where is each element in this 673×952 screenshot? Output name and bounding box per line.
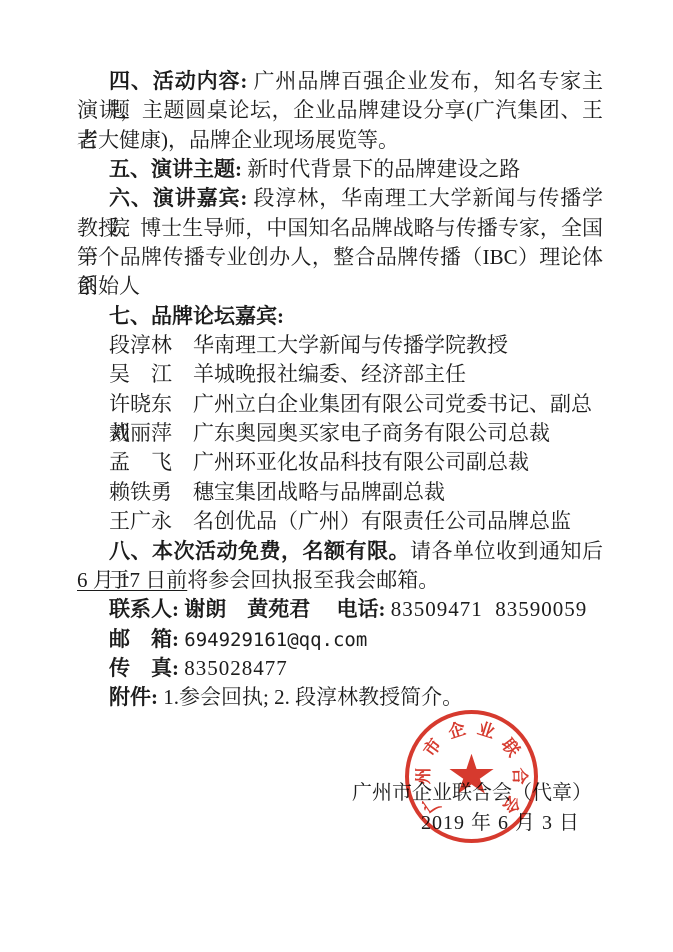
text-segment: 七、品牌论坛嘉宾: xyxy=(109,304,284,328)
text-segment: 王广永 名创优品（广州）有限责任公司品牌总监 xyxy=(109,509,571,533)
doc-line: 6 月 17 日前将参会回执报至我会邮箱。 xyxy=(77,566,603,595)
doc-line: 六、演讲嘉宾: 段淳林，华南理工大学新闻与传播学院 xyxy=(77,184,603,213)
doc-line: 孟 飞 广州环亚化妆品科技有限公司副总裁 xyxy=(77,448,603,477)
doc-line: 吉大健康)，品牌企业现场展览等。 xyxy=(77,126,603,155)
doc-line: 四、活动内容: 广州品牌百强企业发布，知名专家主题 xyxy=(77,67,603,96)
text-segment: 新时代背景下的品牌建设之路 xyxy=(242,157,520,181)
text-segment: 吉大健康)，品牌企业现场展览等。 xyxy=(77,128,399,152)
text-segment: 6 月 17 日前 xyxy=(77,568,187,592)
doc-line: 段淳林 华南理工大学新闻与传播学院教授 xyxy=(77,331,603,360)
text-segment: 四、活动内容: xyxy=(109,69,247,93)
text-segment: 835028477 xyxy=(184,656,288,680)
text-segment: 83509471 83590059 xyxy=(391,597,588,621)
doc-line: 联系人: 谢朗 黄苑君 电话: 83509471 83590059 xyxy=(77,595,603,624)
text-segment: 附件: xyxy=(109,685,163,709)
seal-arc-char: 州 xyxy=(414,767,432,785)
text-segment: 694929161@qq.com xyxy=(184,629,367,651)
text-segment: 将参会回执报至我会邮箱。 xyxy=(187,568,439,592)
text-segment: 刘丽萍 广东奥园奥买家电子商务有限公司总裁 xyxy=(109,421,550,445)
official-seal: 广州市企业联合会 xyxy=(405,710,538,843)
text-segment: 1.参会回执; 2. 段淳林教授简介。 xyxy=(163,685,463,709)
doc-line: 邮 箱: 694929161@qq.com xyxy=(77,625,603,654)
doc-line: 教授、博士生导师，中国知名品牌战略与传播专家，全国第 xyxy=(77,214,603,243)
doc-line: 王广永 名创优品（广州）有限责任公司品牌总监 xyxy=(77,507,603,536)
doc-line: 八、本次活动免费，名额有限。请各单位收到通知后于 xyxy=(77,537,603,566)
notice-body: 四、活动内容: 广州品牌百强企业发布，知名专家主题演讲，主题圆桌论坛，企业品牌建… xyxy=(77,67,603,713)
text-segment: 孟 飞 广州环亚化妆品科技有限公司副总裁 xyxy=(109,450,529,474)
text-segment: 联系人: 谢朗 黄苑君 xyxy=(109,597,310,621)
doc-line: 一个品牌传播专业创办人，整合品牌传播（IBC）理论体系 xyxy=(77,243,603,272)
text-segment: 赖铁勇 穗宝集团战略与品牌副总裁 xyxy=(109,480,445,504)
text-segment: 段淳林 华南理工大学新闻与传播学院教授 xyxy=(109,333,508,357)
doc-line: 五、演讲主题: 新时代背景下的品牌建设之路 xyxy=(77,155,603,184)
seal-arc-char: 合 xyxy=(510,767,528,785)
text-segment: 电话: xyxy=(337,597,391,621)
text-segment xyxy=(310,597,336,621)
text-segment: 传 真: xyxy=(109,656,184,680)
doc-line: 创始人 xyxy=(77,272,603,301)
text-segment: 创始人 xyxy=(77,274,140,298)
text-segment: 八、本次活动免费，名额有限。 xyxy=(109,539,410,563)
doc-line: 演讲，主题圆桌论坛，企业品牌建设分享(广汽集团、王老 xyxy=(77,96,603,125)
text-segment: 邮 箱: xyxy=(109,627,184,651)
doc-line: 七、品牌论坛嘉宾: xyxy=(77,302,603,331)
text-segment: 六、演讲嘉宾: xyxy=(109,186,247,210)
text-segment: 吴 江 羊城晚报社编委、经济部主任 xyxy=(109,362,466,386)
text-segment: 请各单位收到通知后 xyxy=(410,539,603,563)
doc-line: 赖铁勇 穗宝集团战略与品牌副总裁 xyxy=(77,478,603,507)
text-segment: 五、演讲主题: xyxy=(109,157,242,181)
doc-line: 附件: 1.参会回执; 2. 段淳林教授简介。 xyxy=(77,683,603,712)
document-page: 四、活动内容: 广州品牌百强企业发布，知名专家主题演讲，主题圆桌论坛，企业品牌建… xyxy=(0,0,673,952)
doc-line: 刘丽萍 广东奥园奥买家电子商务有限公司总裁 xyxy=(77,419,603,448)
doc-line: 吴 江 羊城晚报社编委、经济部主任 xyxy=(77,360,603,389)
doc-line: 传 真: 835028477 xyxy=(77,654,603,683)
doc-line: 许晓东 广州立白企业集团有限公司党委书记、副总裁 xyxy=(77,390,603,419)
